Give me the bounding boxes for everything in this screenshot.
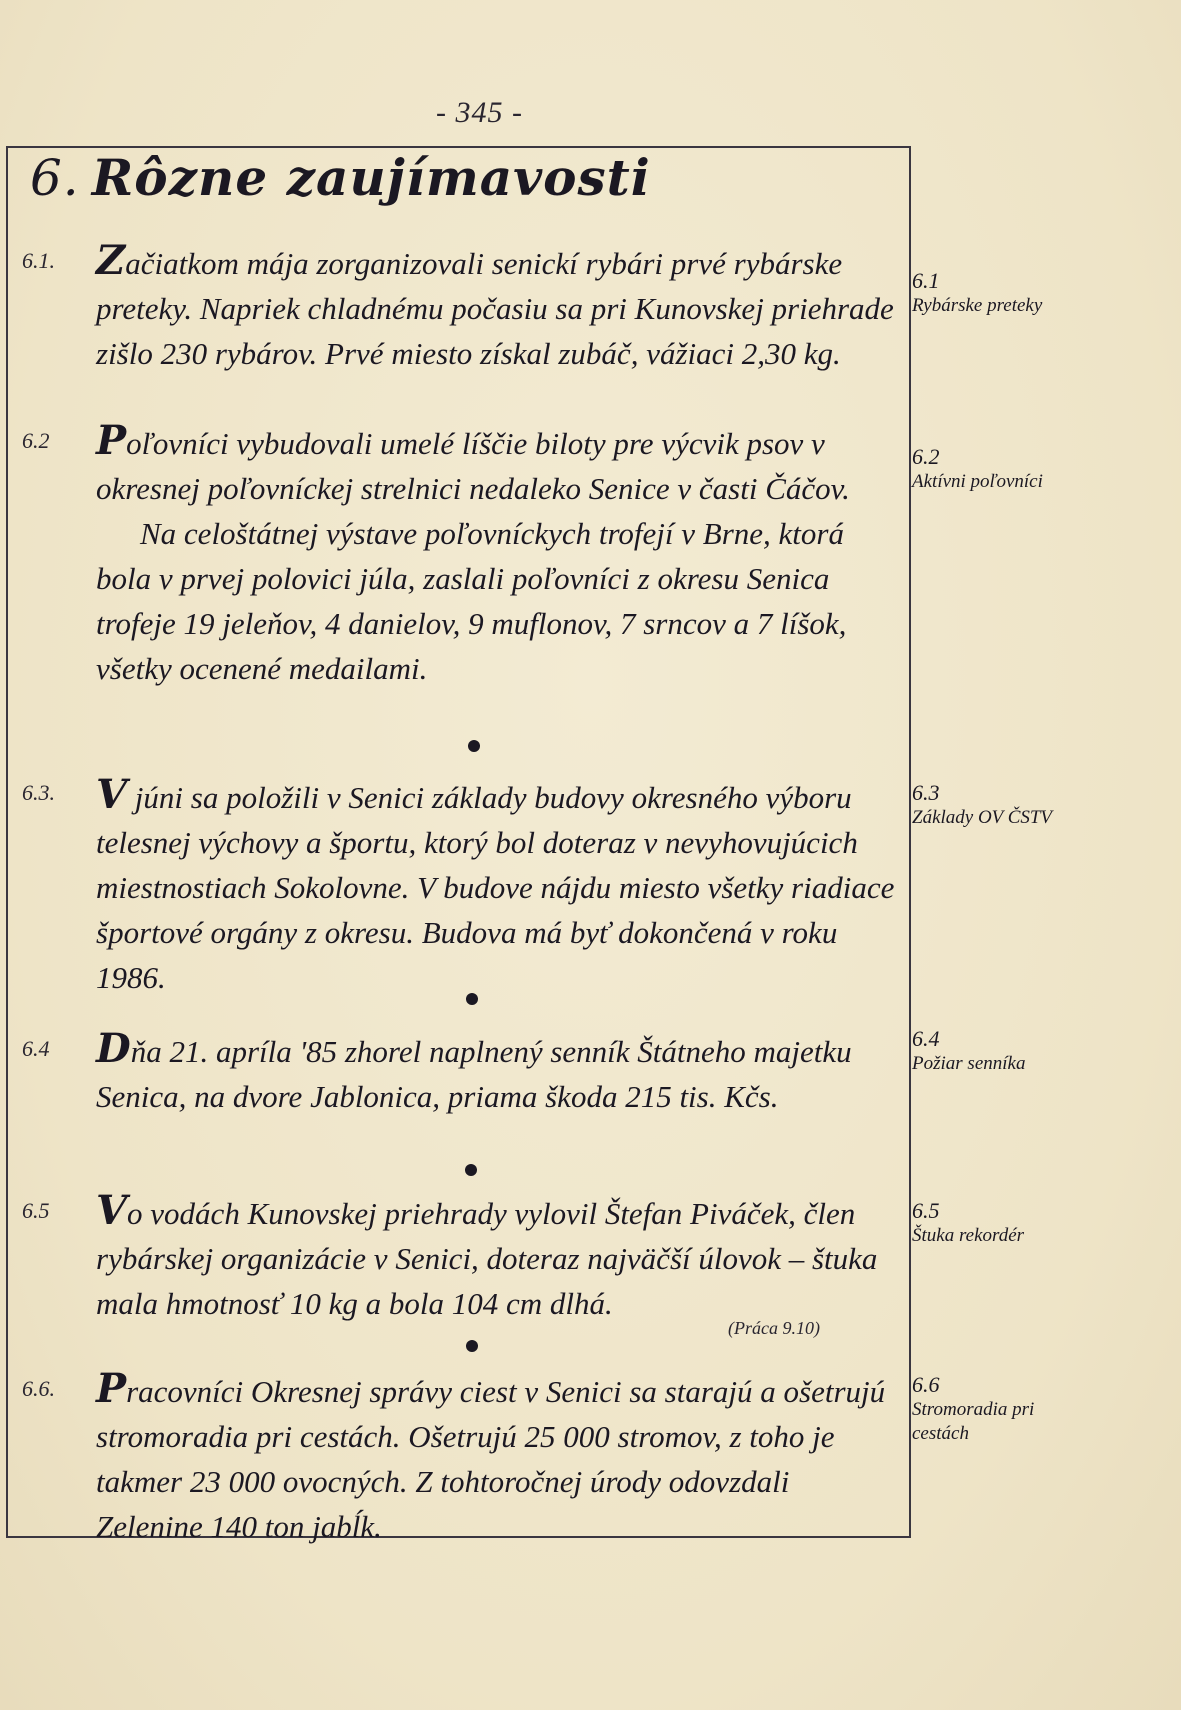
margin-note-number: 6.1 xyxy=(912,268,1062,294)
chapter-number: 6. xyxy=(30,149,80,207)
entry-paragraph: o vodách Kunovskej priehrady vylovil Šte… xyxy=(96,1196,877,1321)
entry-number: 6.2 xyxy=(22,428,50,454)
margin-note-number: 6.6 xyxy=(912,1372,1062,1398)
entry-number: 6.3. xyxy=(22,780,55,806)
drop-cap: V xyxy=(96,771,127,818)
chapter-title-text: Rôzne zaujímavosti xyxy=(92,148,651,207)
entry-body: Začiatkom mája zorganizovali senickí ryb… xyxy=(96,238,896,376)
margin-note-number: 6.2 xyxy=(912,444,1062,470)
entry-number: 6.6. xyxy=(22,1376,55,1402)
entry-body: Pracovníci Okresnej správy ciest v Senic… xyxy=(96,1366,896,1549)
margin-note-label: Stromoradia pri cestách xyxy=(912,1398,1062,1446)
margin-note-6-5: 6.5 Štuka rekordér xyxy=(912,1198,1062,1248)
margin-note-number: 6.3 xyxy=(912,780,1062,806)
separator-dot xyxy=(466,993,478,1005)
page-number: - 345 - xyxy=(436,96,523,130)
margin-note-number: 6.5 xyxy=(912,1198,1062,1224)
drop-cap: V xyxy=(96,1187,127,1234)
entry-paragraph: racovníci Okresnej správy ciest v Senici… xyxy=(96,1374,885,1544)
entry-paragraph: Na celoštátnej výstave poľovníckych trof… xyxy=(96,511,896,691)
entry-number: 6.5 xyxy=(22,1198,50,1224)
margin-note-label: Aktívni poľovníci xyxy=(912,470,1062,494)
separator-dot xyxy=(465,1164,477,1176)
margin-note-label: Základy OV ČSTV xyxy=(912,806,1062,830)
entry-body: Dňa 21. apríla '85 zhorel naplnený senní… xyxy=(96,1026,896,1119)
margin-note-number: 6.4 xyxy=(912,1026,1062,1052)
margin-note-6-4: 6.4 Požiar senníka xyxy=(912,1026,1062,1076)
margin-note-6-3: 6.3 Základy OV ČSTV xyxy=(912,780,1062,830)
drop-cap: P xyxy=(96,1365,126,1412)
entry-number: 6.1. xyxy=(22,248,55,274)
margin-note-label: Štuka rekordér xyxy=(912,1224,1062,1248)
entry-body: V júni sa položili v Senici základy budo… xyxy=(96,772,896,1000)
drop-cap: P xyxy=(96,417,126,464)
drop-cap: Z xyxy=(96,237,125,284)
entry-number: 6.4 xyxy=(22,1036,50,1062)
separator-dot xyxy=(468,740,480,752)
margin-note-6-6: 6.6 Stromoradia pri cestách xyxy=(912,1372,1062,1446)
entry-paragraph: júni sa položili v Senici základy budovy… xyxy=(96,780,894,995)
chapter-title: 6.Rôzne zaujímavosti xyxy=(30,148,651,207)
margin-note-6-2: 6.2 Aktívni poľovníci xyxy=(912,444,1062,494)
entry-paragraph: ačiatkom mája zorganizovali senickí rybá… xyxy=(96,246,894,371)
entry-body: Vo vodách Kunovskej priehrady vylovil Št… xyxy=(96,1188,896,1326)
entry-paragraph: ňa 21. apríla '85 zhorel naplnený senník… xyxy=(96,1034,852,1114)
separator-dot xyxy=(466,1340,478,1352)
margin-note-label: Požiar senníka xyxy=(912,1052,1062,1076)
margin-note-label: Rybárske preteky xyxy=(912,294,1062,318)
entry-body: Poľovníci vybudovali umelé líščie biloty… xyxy=(96,418,896,691)
entry-paragraph: oľovníci vybudovali umelé líščie biloty … xyxy=(96,426,850,506)
source-citation: (Práca 9.10) xyxy=(728,1318,820,1339)
margin-note-6-1: 6.1 Rybárske preteky xyxy=(912,268,1062,318)
drop-cap: D xyxy=(96,1025,131,1072)
